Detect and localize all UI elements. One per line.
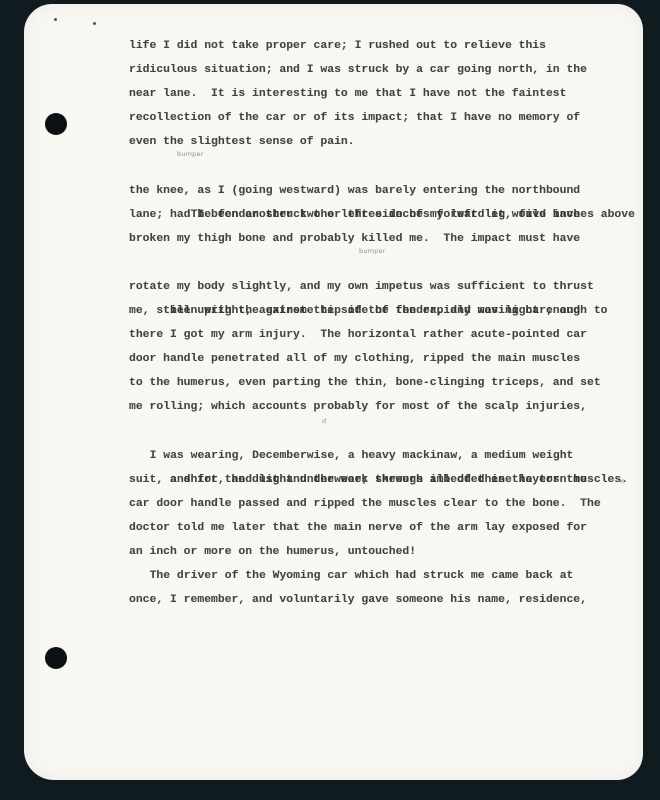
manuscript-page: × life I did not take proper care; I rus…	[24, 4, 643, 780]
text-line: the knee, as I (going westward) was bare…	[129, 179, 629, 203]
pencil-annotation: bumper	[177, 151, 204, 158]
text-line: an inch or more on the humerus, untouche…	[129, 540, 629, 564]
text-line: ridiculous situation; and I was struck b…	[129, 58, 629, 82]
pencil-annotation: bumper	[359, 248, 386, 255]
punch-hole-bottom	[45, 647, 67, 669]
text-line: doctor told me later that the main nerve…	[129, 516, 629, 540]
text-line: door handle penetrated all of my clothin…	[129, 347, 629, 371]
text-line: me rolling; which accounts probably for …	[129, 395, 629, 419]
text-line: lane; had I been another two or three in…	[129, 203, 629, 227]
text-line: near lane. It is interesting to me that …	[129, 82, 629, 106]
text-line: suit, a shirt, and light underwear; thro…	[129, 468, 629, 492]
text-line-annotated: bumper The fender struck the left side o…	[129, 154, 629, 178]
text-line: I was wearing, Decemberwise, a heavy mac…	[129, 444, 629, 468]
text-line: there I got my arm injury. The horizonta…	[129, 323, 629, 347]
pencil-annotation: d	[322, 418, 326, 425]
text-line: recollection of the car or of its impact…	[129, 106, 629, 130]
text-line-annotated: bumper been with the extreme tip of the …	[129, 251, 629, 275]
text-line: life I did not take proper care; I rushe…	[129, 34, 629, 58]
text-line: me, still upright, against the side of t…	[129, 299, 629, 323]
paper-speck	[54, 18, 57, 21]
text-line: The driver of the Wyoming car which had …	[129, 564, 629, 588]
text-line: once, I remember, and voluntarily gave s…	[129, 588, 629, 612]
text-line: even the slightest sense of pain.	[129, 130, 629, 154]
paper-speck	[93, 22, 96, 25]
text-line: rotate my body slightly, and my own impe…	[129, 275, 629, 299]
text-line: to the humerus, even parting the thin, b…	[129, 371, 629, 395]
typewritten-body: life I did not take proper care; I rushe…	[129, 34, 629, 612]
punch-hole-top	[45, 113, 67, 135]
text-line-annotated: d and for the dust and the week skewers …	[129, 420, 629, 444]
text-line: car door handle passed and ripped the mu…	[129, 492, 629, 516]
